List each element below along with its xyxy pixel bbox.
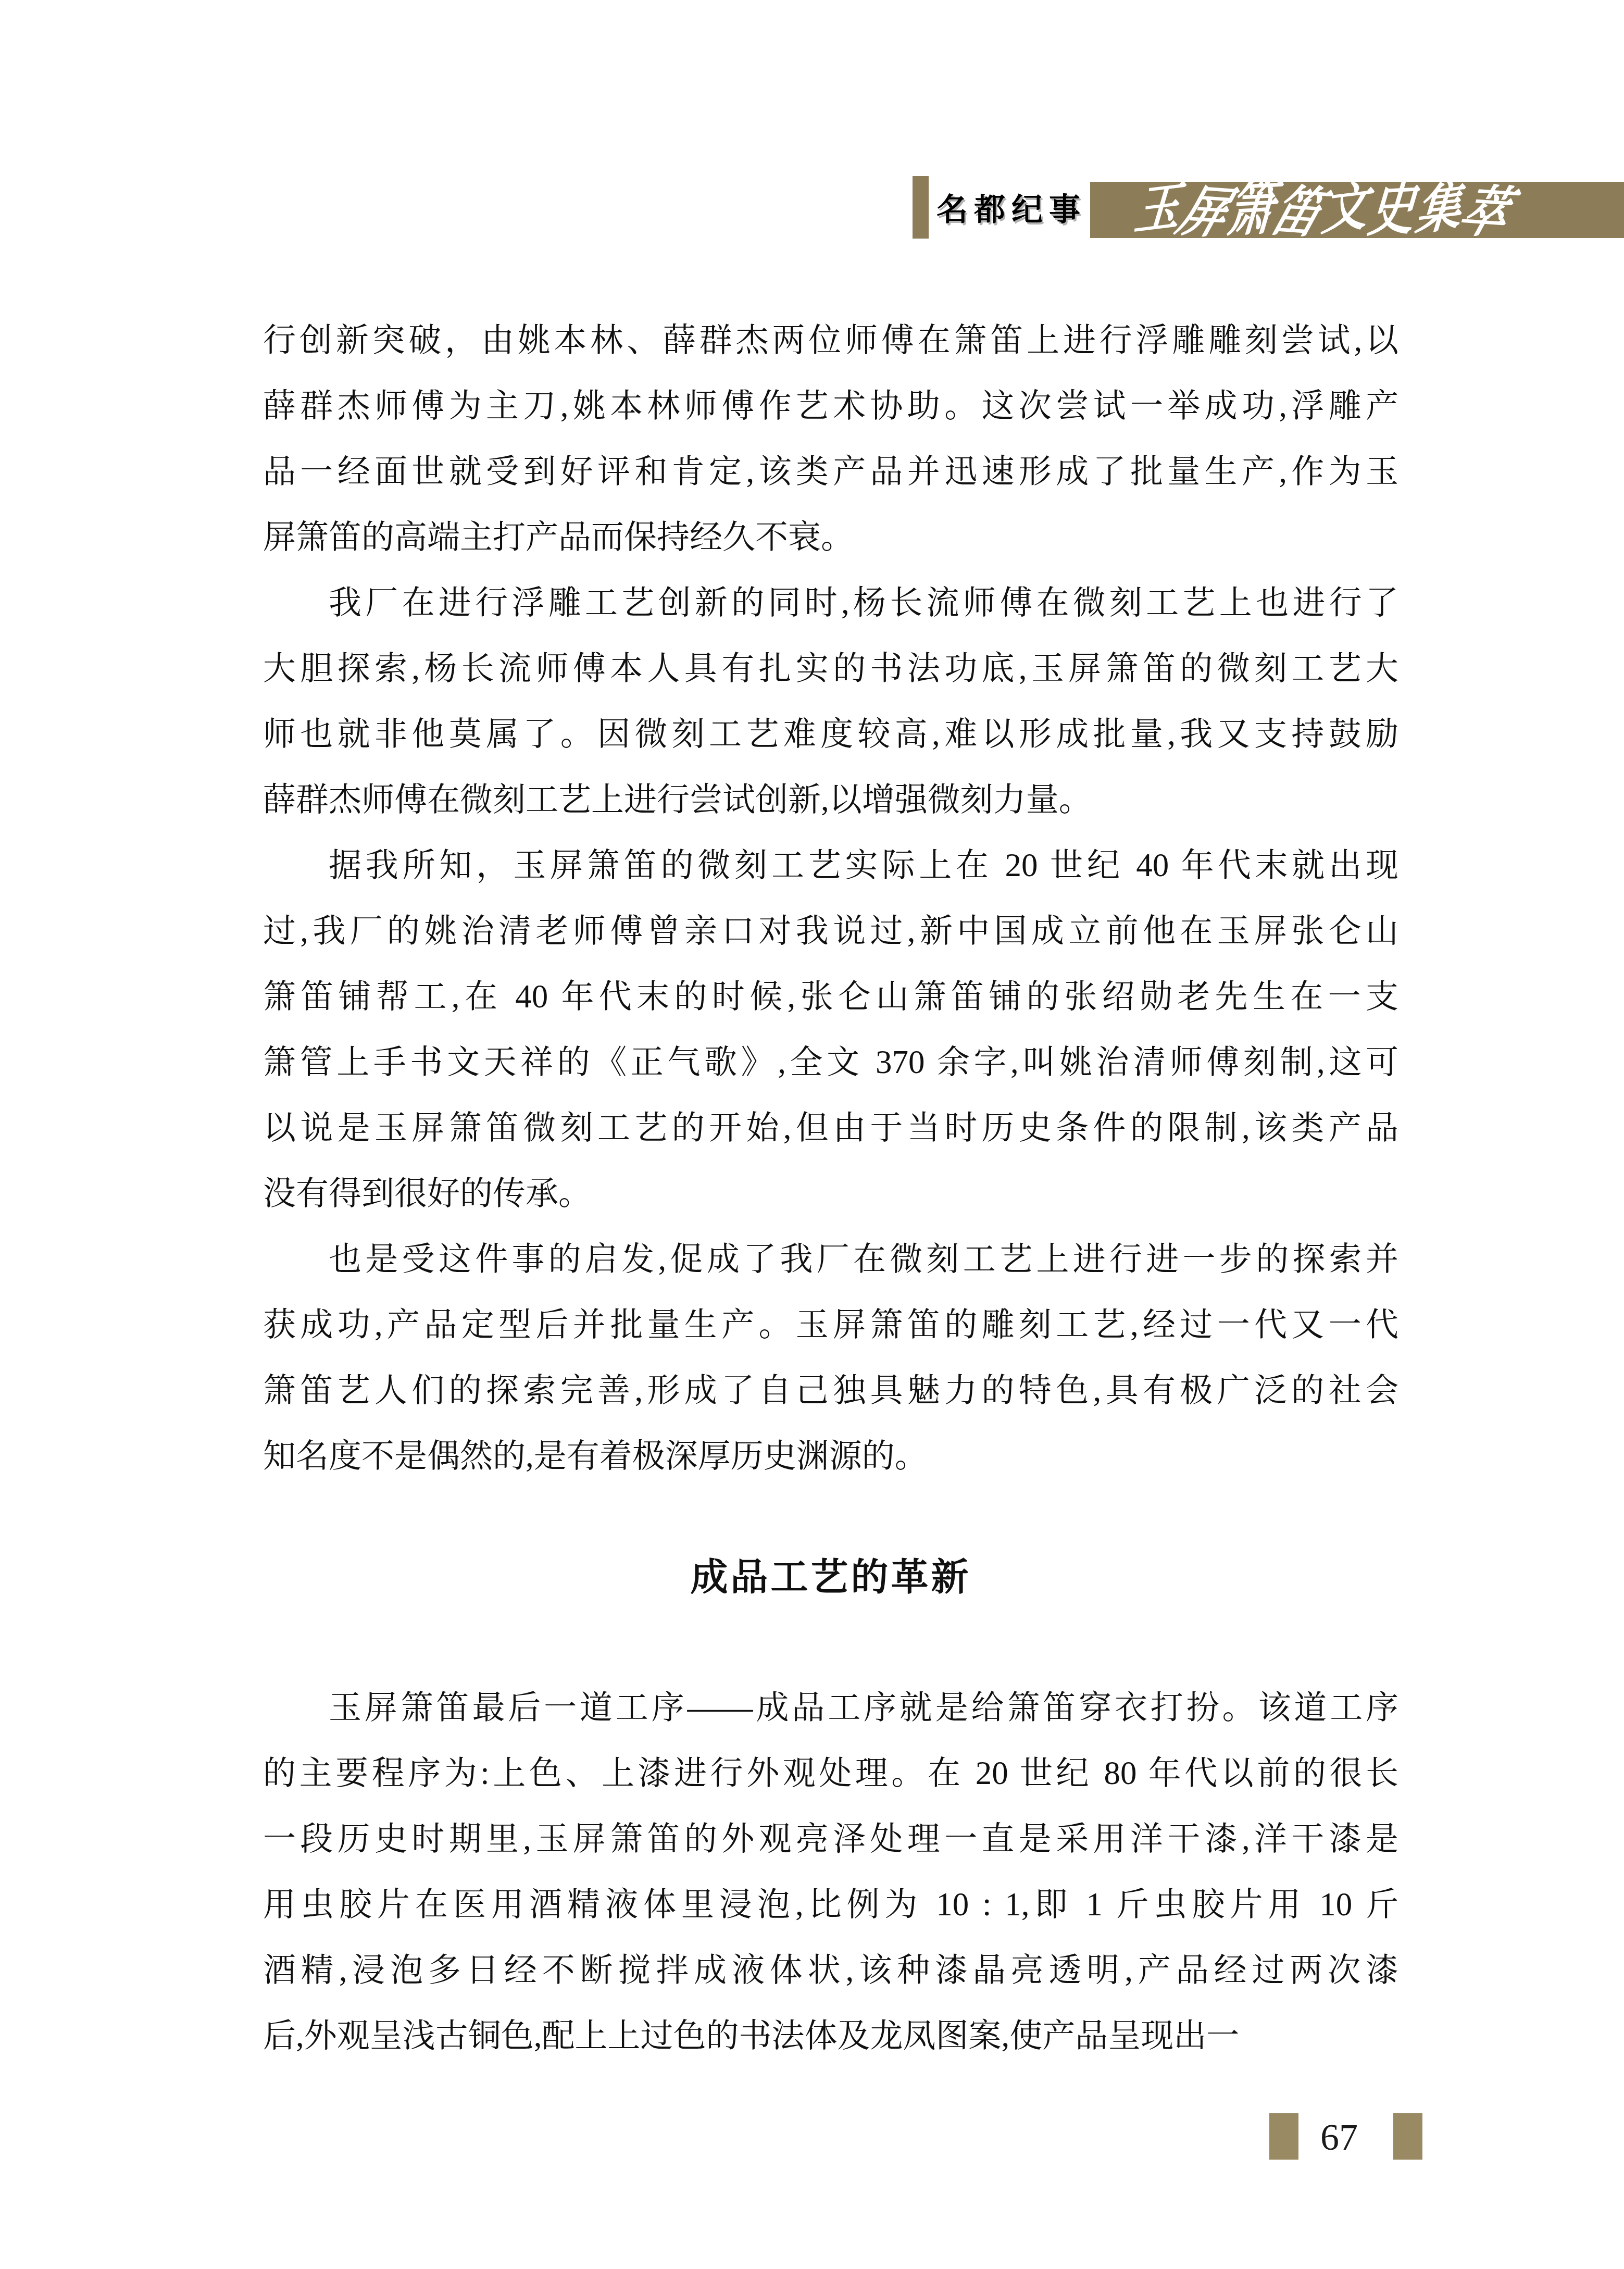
text-line: 箫笛艺人们的探索完善,形成了自己独具魅力的特色,具有极广泛的社会 [263,1357,1398,1423]
section-label: 名都纪事 [936,182,1086,238]
text-line: 没有得到很好的传承。 [263,1161,1398,1226]
page-footer: 67 [1269,2113,1422,2160]
banner-title: 玉屏箫笛文史集萃 [1134,174,1509,245]
book-page: 名都纪事 玉屏箫笛文史集萃 行创新突破，由姚本林、薛群杰两位师傅在箫笛上进行浮雕… [0,0,1624,2269]
text-line: 箫笛铺帮工,在 40 年代末的时候,张仑山箫笛铺的张绍勋老先生在一支 [263,964,1398,1029]
text-line: 获成功,产品定型后并批量生产。玉屏箫笛的雕刻工艺,经过一代又一代 [263,1292,1398,1357]
text-line: 品一经面世就受到好评和肯定,该类产品并迅速形成了批量生产,作为玉 [263,439,1398,504]
text-line: 据我所知，玉屏箫笛的微刻工艺实际上在 20 世纪 40 年代末就出现 [263,832,1398,898]
footer-ornament-right [1393,2113,1422,2160]
paragraph: 我厂在进行浮雕工艺创新的同时,杨长流师傅在微刻工艺上也进行了大胆探索,杨长流师傅… [263,570,1398,832]
text-line: 知名度不是偶然的,是有着极深厚历史渊源的。 [263,1423,1398,1489]
footer-ornament-left [1269,2113,1298,2160]
text-line: 师也就非他莫属了。因微刻工艺难度较高,难以形成批量,我又支持鼓励 [263,701,1398,767]
text-line: 大胆探索,杨长流师傅本人具有扎实的书法功底,玉屏箫笛的微刻工艺大 [263,635,1398,701]
paragraphs-top: 行创新突破，由姚本林、薛群杰两位师傅在箫笛上进行浮雕雕刻尝试,以薛群杰师傅为主刀… [263,307,1398,1489]
section-heading: 成品工艺的革新 [263,1544,1398,1610]
paragraph: 据我所知，玉屏箫笛的微刻工艺实际上在 20 世纪 40 年代末就出现过,我厂的姚… [263,832,1398,1226]
text-line: 玉屏箫笛最后一道工序——成品工序就是给箫笛穿衣打扮。该道工序 [263,1675,1398,1740]
article-body: 行创新突破，由姚本林、薛群杰两位师傅在箫笛上进行浮雕雕刻尝试,以薛群杰师傅为主刀… [263,307,1398,2068]
text-line: 酒精,浸泡多日经不断搅拌成液体状,该种漆晶亮透明,产品经过两次漆 [263,1937,1398,2003]
calligraphy-char: 文 [1319,167,1372,253]
text-line: 我厂在进行浮雕工艺创新的同时,杨长流师傅在微刻工艺上也进行了 [263,570,1398,635]
text-line: 箫管上手书文天祥的《正气歌》,全文 370 余字,叫姚治清师傅刻制,这可 [263,1029,1398,1095]
text-line: 过,我厂的姚治清老师傅曾亲口对我说过,新中国成立前他在玉屏张仑山 [263,898,1398,964]
header-banner: 玉屏箫笛文史集萃 [1090,182,1624,238]
text-line: 用虫胶片在医用酒精液体里浸泡,比例为 10 : 1,即 1 斤虫胶片用 10 斤 [263,1872,1398,1937]
text-line: 屏箫笛的高端主打产品而保持经久不衰。 [263,504,1398,570]
paragraphs-bottom: 玉屏箫笛最后一道工序——成品工序就是给箫笛穿衣打扮。该道工序的主要程序为:上色、… [263,1675,1398,2068]
calligraphy-char: 史 [1364,163,1421,258]
paragraph: 也是受这件事的启发,促成了我厂在微刻工艺上进行进一步的探索并获成功,产品定型后并… [263,1226,1398,1489]
text-line: 的主要程序为:上色、上漆进行外观处理。在 20 世纪 80 年代以前的很长 [263,1740,1398,1806]
text-line: 以说是玉屏箫笛微刻工艺的开始,但由于当时历史条件的限制,该类产品 [263,1095,1398,1161]
paragraph: 行创新突破，由姚本林、薛群杰两位师傅在箫笛上进行浮雕雕刻尝试,以薛群杰师傅为主刀… [263,307,1398,570]
text-line: 也是受这件事的启发,促成了我厂在微刻工艺上进行进一步的探索并 [263,1226,1398,1292]
text-line: 薛群杰师傅为主刀,姚本林师傅作艺术协助。这次尝试一举成功,浮雕产 [263,373,1398,439]
text-line: 薛群杰师傅在微刻工艺上进行尝试创新,以增强微刻力量。 [263,767,1398,832]
header-accent-bar [913,176,929,239]
text-line: 一段历史时期里,玉屏箫笛的外观亮泽处理一直是采用洋干漆,洋干漆是 [263,1806,1398,1872]
text-line: 后,外观呈浅古铜色,配上上过色的书法体及龙凤图案,使产品呈现出一 [263,2003,1398,2068]
page-number: 67 [1320,2113,1358,2160]
text-line: 行创新突破，由姚本林、薛群杰两位师傅在箫笛上进行浮雕雕刻尝试,以 [263,307,1398,373]
paragraph: 玉屏箫笛最后一道工序——成品工序就是给箫笛穿衣打扮。该道工序的主要程序为:上色、… [263,1675,1398,2068]
